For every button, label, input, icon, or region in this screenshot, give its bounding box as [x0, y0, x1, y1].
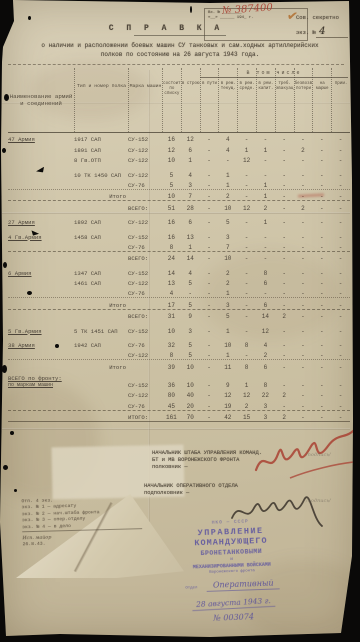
cell-value: - — [294, 255, 313, 262]
cell-value: 2 — [218, 270, 237, 277]
secrecy-label: Сов. секретно — [296, 14, 356, 21]
cell-value: - — [312, 270, 331, 277]
cell-value: 10 — [162, 193, 181, 200]
cell-value: - — [275, 403, 294, 410]
cell-value: 7 — [218, 244, 237, 251]
cell-value: - — [275, 352, 294, 359]
paper-hole — [27, 291, 32, 295]
cell-value: - — [275, 205, 294, 212]
cell-value: 10 — [181, 382, 200, 389]
cell-value: - — [275, 270, 294, 277]
cell-value: - — [312, 342, 331, 349]
cell-value: 6 — [181, 219, 200, 226]
cell-value: - — [200, 313, 219, 320]
cell-value: - — [200, 382, 219, 389]
cell-regiment: 1917 САП — [74, 136, 128, 143]
cell-value: 5 — [162, 182, 181, 189]
cell-value: - — [294, 414, 313, 421]
stamp-date-handwritten: 28 августа 1943 г. — [192, 596, 275, 611]
cell-value: 1 — [181, 157, 200, 164]
cell-value: 16 — [162, 234, 181, 241]
cell-value: 10 — [162, 328, 181, 335]
cell-value: - — [275, 172, 294, 179]
cell-value: 24 — [162, 255, 181, 262]
cell-value: - — [312, 172, 331, 179]
cell-value: 14 — [181, 255, 200, 262]
cell-value: - — [294, 342, 313, 349]
document-subtitle: о наличии и расположении боевых машин СУ… — [8, 42, 352, 59]
cell-value: 2 — [218, 280, 237, 287]
cell-value: - — [331, 403, 350, 410]
cell-value: 12 — [237, 205, 256, 212]
cell-value: - — [294, 244, 313, 251]
cell-mark: СУ-122 — [128, 352, 162, 359]
table-row: ВСЕГО:2414-10------ — [8, 251, 350, 262]
cell-value: - — [312, 313, 331, 320]
cell-value: - — [331, 219, 350, 226]
cell-value: 1 — [218, 290, 237, 297]
cell-value: - — [237, 182, 256, 189]
cell-value: 8 — [162, 352, 181, 359]
cell-value: - — [312, 290, 331, 297]
col-group-header: В том числе — [200, 70, 348, 78]
cell-value: 1 — [256, 193, 275, 200]
cell-value: 1 — [218, 182, 237, 189]
cell-value: 4 — [181, 270, 200, 277]
cell-value: 5 — [181, 280, 200, 287]
cell-value: - — [331, 234, 350, 241]
cell-value: - — [312, 364, 331, 371]
cell-mark: ВСЕГО: — [128, 205, 162, 212]
cell-value: - — [237, 352, 256, 359]
cell-value: - — [200, 255, 219, 262]
cell-value: 10 — [218, 205, 237, 212]
cell-value: - — [331, 270, 350, 277]
cell-value: - — [294, 270, 313, 277]
cell-value: 3 — [218, 234, 237, 241]
cell-value: - — [294, 403, 313, 410]
cell-value: 1 — [256, 147, 275, 154]
cell-value: - — [275, 147, 294, 154]
cell-value: - — [331, 136, 350, 143]
cell-army: 5 Гв.Армия — [8, 328, 74, 335]
cell-value: - — [312, 328, 331, 335]
cell-value: 2 — [294, 147, 313, 154]
cell-value: - — [294, 364, 313, 371]
table-row: СУ-12285-1-2---- — [8, 349, 350, 359]
cell-regiment: Итого — [74, 364, 128, 371]
cell-value: - — [237, 193, 256, 200]
cell-value: 8 — [256, 382, 275, 389]
cell-value: 5 — [162, 172, 181, 179]
cell-regiment: 1347 САП — [74, 270, 128, 277]
cell-value: 7 — [181, 193, 200, 200]
table-row: 8 Гв.ОТПСУ-122101--12----- — [8, 154, 350, 164]
paper-hole — [3, 465, 8, 470]
cell-regiment: 1891 САП — [74, 147, 128, 154]
cell-value: - — [237, 255, 256, 262]
cell-value: - — [294, 352, 313, 359]
cell-value: - — [275, 382, 294, 389]
cell-value: 8 — [162, 244, 181, 251]
cell-value: - — [312, 234, 331, 241]
cell-value: - — [256, 234, 275, 241]
cell-army: 27 Армия — [8, 219, 74, 226]
cell-army: 47 Армия — [8, 136, 74, 143]
cell-value: 1 — [237, 382, 256, 389]
cell-value: 3 — [256, 403, 275, 410]
cell-mark: ВСЕГО: — [128, 313, 162, 320]
cell-value: - — [256, 157, 275, 164]
cell-mark: СУ-152 — [128, 382, 162, 389]
cell-value: - — [312, 219, 331, 226]
cell-value: - — [331, 302, 350, 309]
col-header-mark: Марка машин — [128, 68, 162, 132]
paper-hole — [4, 94, 9, 101]
cell-value: - — [200, 136, 219, 143]
cell-value: 5 — [218, 313, 237, 320]
cell-value: 11 — [218, 364, 237, 371]
cell-value: 1 — [256, 182, 275, 189]
cell-value: - — [331, 157, 350, 164]
cell-army: ВСЕГО по фронту:по маркам машин — [8, 375, 74, 389]
cell-value: - — [294, 182, 313, 189]
table-row: 10 ТК 1450 САПСУ-12254-1------ — [8, 168, 350, 178]
cell-mark: ИТОГО: — [128, 414, 162, 421]
cell-value: - — [200, 364, 219, 371]
cell-value: - — [294, 392, 313, 399]
table-row: ВСЕГО:319-5-142--- — [8, 309, 350, 320]
cell-value: 16 — [162, 136, 181, 143]
stamp-number-handwritten: № 003074 — [168, 611, 300, 625]
cell-value: - — [312, 403, 331, 410]
cell-value: 12 — [181, 136, 200, 143]
cell-value: 39 — [162, 364, 181, 371]
cell-value: - — [294, 313, 313, 320]
cell-value: 22 — [256, 392, 275, 399]
table-row: Итого3910-1186---- — [8, 359, 350, 370]
cell-value: 10 — [162, 157, 181, 164]
cell-value: 2 — [275, 392, 294, 399]
table-row: 47 Армия1917 САПСУ-1521612-4------ — [8, 133, 350, 143]
cell-value: - — [275, 244, 294, 251]
cell-value: 70 — [181, 414, 200, 421]
stamp-dept-label: Отдел — [185, 586, 197, 590]
cell-value: - — [331, 193, 350, 200]
cell-value: - — [275, 219, 294, 226]
title-underline — [134, 35, 226, 36]
cell-value: 36 — [162, 382, 181, 389]
cell-value: - — [331, 313, 350, 320]
cell-value: - — [312, 414, 331, 421]
col-sub-header: в строю — [181, 68, 200, 132]
cell-value: 12 — [237, 392, 256, 399]
cell-value: - — [312, 244, 331, 251]
col-sub-header: состоит по списку — [162, 68, 181, 132]
paper-hole — [150, 636, 155, 640]
cell-value: 3 — [218, 302, 237, 309]
cell-value: - — [200, 172, 219, 179]
cell-value: 45 — [162, 403, 181, 410]
cell-value: 19 — [218, 403, 237, 410]
cell-value: 5 — [181, 302, 200, 309]
cell-value: - — [237, 290, 256, 297]
cell-value: - — [312, 280, 331, 287]
table-row: Итого175-3-6---- — [8, 297, 350, 308]
cell-value: 12 — [237, 157, 256, 164]
cell-value: - — [237, 328, 256, 335]
cell-value: - — [256, 290, 275, 297]
cell-mark: СУ-76 — [128, 342, 162, 349]
pencil-note: /подпись/ — [306, 498, 331, 504]
cell-value: 1 — [256, 219, 275, 226]
cell-value: 28 — [181, 205, 200, 212]
cell-value: - — [275, 364, 294, 371]
cell-value: - — [275, 234, 294, 241]
cell-value: - — [237, 302, 256, 309]
cell-value: - — [275, 290, 294, 297]
cell-value: - — [200, 270, 219, 277]
cell-value: 14 — [256, 313, 275, 320]
copy-number-underline — [316, 37, 348, 38]
cell-value: 161 — [162, 414, 181, 421]
cell-value: - — [275, 193, 294, 200]
cell-mark: СУ-122 — [128, 172, 162, 179]
cell-value: - — [331, 392, 350, 399]
cell-value: 2 — [275, 414, 294, 421]
cell-value: - — [237, 270, 256, 277]
cell-value: - — [294, 280, 313, 287]
table-header: Наименование армий и соединений Тип и но… — [8, 68, 350, 133]
cell-value: 6 — [256, 280, 275, 287]
paper-crease — [2, 428, 350, 430]
cell-value: 1 — [181, 244, 200, 251]
cell-value: 12 — [162, 147, 181, 154]
cell-value: - — [312, 182, 331, 189]
cell-value: 4 — [218, 147, 237, 154]
cell-value: - — [294, 157, 313, 164]
cell-value: 2 — [218, 193, 237, 200]
cell-mark: СУ-76 — [128, 290, 162, 297]
table-row: 27 Армия1892 САПСУ-122166-5-1---- — [8, 216, 350, 226]
cell-value: - — [331, 172, 350, 179]
cell-value: 2 — [275, 313, 294, 320]
cell-mark: СУ-152 — [128, 136, 162, 143]
table-row: 38 Армия1942 САПСУ-76325-1084---- — [8, 339, 350, 349]
cell-value: - — [237, 234, 256, 241]
cell-value: 80 — [162, 392, 181, 399]
table-row: 4 Гв.Армия1458 САПСУ-1521613-3------ — [8, 230, 350, 240]
cell-value: - — [237, 244, 256, 251]
cell-value: 12 — [218, 392, 237, 399]
stamp-dept-handwritten: Оперативный — [207, 578, 280, 592]
cell-value: - — [200, 219, 219, 226]
cell-value: 6 — [181, 147, 200, 154]
cell-value: - — [256, 255, 275, 262]
cell-value: - — [294, 382, 313, 389]
cell-value: 10 — [181, 364, 200, 371]
cell-value: 3 — [181, 328, 200, 335]
table-row: ИТОГО:16170-421532--- — [8, 410, 350, 422]
cell-value: - — [275, 182, 294, 189]
cell-value: 40 — [181, 392, 200, 399]
cell-regiment: 1461 САП — [74, 280, 128, 287]
cell-value: - — [200, 244, 219, 251]
paper-hole — [14, 489, 17, 492]
cell-regiment: 1942 САП — [74, 342, 128, 349]
cell-value: 42 — [218, 414, 237, 421]
cell-value: 32 — [162, 342, 181, 349]
cell-value: - — [200, 352, 219, 359]
cell-value: 4 — [162, 290, 181, 297]
cell-value: - — [312, 157, 331, 164]
cell-army: 6 Армия — [8, 270, 74, 277]
document-paper: Вх. № ________ «__» ______ 194_ г. № 387… — [0, 0, 360, 642]
cell-value: 3 — [181, 182, 200, 189]
cell-value: - — [200, 205, 219, 212]
cell-regiment: 1458 САП — [74, 234, 128, 241]
cell-value: - — [294, 172, 313, 179]
cell-value: - — [331, 364, 350, 371]
cell-value: 10 — [218, 342, 237, 349]
table-row: 1461 САПСУ-122135-2-6---- — [8, 277, 350, 287]
cell-value: - — [200, 182, 219, 189]
cell-value: - — [200, 342, 219, 349]
cell-value: - — [237, 219, 256, 226]
cell-value: 51 — [162, 205, 181, 212]
paper-hole — [10, 431, 14, 435]
cell-value: 14 — [162, 270, 181, 277]
table-body: 47 Армия1917 САПСУ-1521612-4------1891 С… — [8, 133, 350, 422]
cell-value: 8 — [237, 342, 256, 349]
cell-value: - — [312, 302, 331, 309]
cell-value: - — [275, 157, 294, 164]
cell-value: - — [294, 302, 313, 309]
cell-value: 9 — [218, 382, 237, 389]
cell-value: - — [294, 290, 313, 297]
cell-value: 2 — [294, 205, 313, 212]
table-row: 6 Армия1347 САПСУ-152144-2-8---- — [8, 266, 350, 276]
cell-value: - — [312, 392, 331, 399]
cell-value: - — [331, 205, 350, 212]
cell-value: 13 — [162, 280, 181, 287]
cell-value: 1 — [218, 352, 237, 359]
office-stamp: НКО — СССР УПРАВЛЕНИЕ КОМАНДУЮЩЕГО БРОНЕ… — [164, 518, 299, 625]
cell-value: - — [200, 234, 219, 241]
cell-value: 10 — [218, 255, 237, 262]
cell-value: - — [256, 136, 275, 143]
cell-mark: СУ-122 — [128, 147, 162, 154]
cell-value: - — [331, 352, 350, 359]
cell-value: - — [237, 313, 256, 320]
cell-value: - — [312, 136, 331, 143]
col-header-name: Наименование армий и соединений — [8, 93, 74, 107]
cell-mark: ВСЕГО: — [128, 255, 162, 262]
pencil-note: /подпись/ — [306, 452, 331, 458]
cell-value: 3 — [256, 414, 275, 421]
cell-value: - — [275, 302, 294, 309]
cell-mark: СУ-122 — [128, 219, 162, 226]
table-row: СУ-764520-1923---- — [8, 399, 350, 409]
cell-value: - — [294, 234, 313, 241]
cell-value: - — [200, 414, 219, 421]
cell-mark: СУ-152 — [128, 328, 162, 335]
cell-regiment: 1892 САП — [74, 219, 128, 226]
cell-value: 20 — [181, 403, 200, 410]
cell-value: - — [237, 280, 256, 287]
cell-value: - — [331, 414, 350, 421]
cell-value: - — [200, 193, 219, 200]
cell-value: 2 — [237, 403, 256, 410]
cell-value: - — [331, 342, 350, 349]
cell-value: - — [200, 147, 219, 154]
cell-regiment: Итого — [74, 302, 128, 309]
paper-hole — [190, 6, 192, 13]
paper-hole — [2, 148, 6, 153]
cell-value: - — [275, 328, 294, 335]
cell-value: 1 — [237, 147, 256, 154]
cell-value: - — [256, 172, 275, 179]
document-title: С П Р А В К А — [0, 24, 332, 33]
cell-value: - — [294, 328, 313, 335]
cell-value: - — [200, 157, 219, 164]
cell-army: 4 Гв.Армия — [8, 234, 74, 241]
cell-value: - — [331, 328, 350, 335]
cell-value: - — [312, 382, 331, 389]
cell-value: - — [237, 172, 256, 179]
cell-value: 4 — [218, 136, 237, 143]
cell-value: - — [294, 136, 313, 143]
cell-mark: СУ-122 — [128, 157, 162, 164]
cell-value: 5 — [218, 219, 237, 226]
cell-value: 1 — [218, 172, 237, 179]
cell-value: 1 — [218, 328, 237, 335]
cell-value: - — [181, 290, 200, 297]
separator-rule — [8, 64, 344, 65]
table-row: СУ-1228040-1212222--- — [8, 389, 350, 399]
cell-value: 4 — [181, 172, 200, 179]
table-row: ВСЕГО по фронту:по маркам машинСУ-152361… — [8, 375, 350, 389]
cell-value: 9 — [181, 313, 200, 320]
cell-value: 2 — [256, 352, 275, 359]
cell-value: 4 — [256, 342, 275, 349]
cell-value: - — [275, 280, 294, 287]
cell-value: - — [331, 244, 350, 251]
cell-value: 5 — [181, 352, 200, 359]
cell-value: - — [331, 290, 350, 297]
signature-block-chief-of-staff: НАЧАЛЬНИК ШТАБА УПРАВЛЕНИЯ КОМАНД. БТ и … — [152, 450, 312, 471]
cell-mark: СУ-152 — [128, 270, 162, 277]
cell-value: - — [200, 280, 219, 287]
cell-regiment: Итого — [74, 193, 128, 200]
cell-regiment: 8 Гв.ОТП — [74, 157, 128, 164]
paper-hole — [28, 16, 31, 20]
table-row: 1891 САПСУ-122126-411-2-- — [8, 143, 350, 153]
table-row: 5 Гв.Армия5 ТК 1451 САПСУ-152103-1-12---… — [8, 324, 350, 334]
cell-value: 16 — [162, 219, 181, 226]
cell-regiment: 10 ТК 1450 САП — [74, 172, 128, 179]
cell-value: - — [275, 255, 294, 262]
cell-value: 15 — [237, 414, 256, 421]
cell-mark: СУ-76 — [128, 182, 162, 189]
cell-value: 5 — [181, 342, 200, 349]
paper-hole — [55, 344, 59, 348]
cell-value: - — [200, 328, 219, 335]
cell-value: - — [312, 255, 331, 262]
cell-value: 12 — [256, 328, 275, 335]
cell-value: - — [312, 147, 331, 154]
table-row: СУ-764--1------ — [8, 287, 350, 297]
